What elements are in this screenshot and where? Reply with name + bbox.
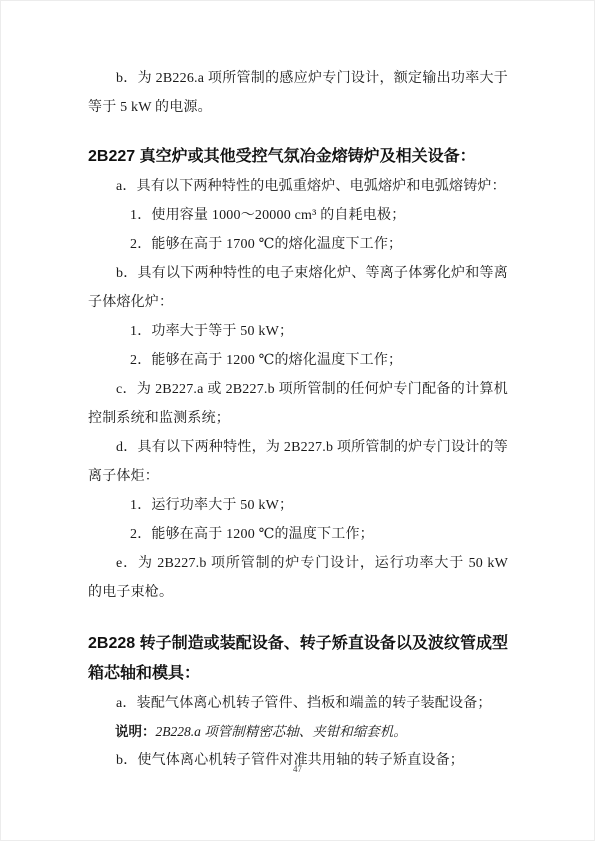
paragraph-2b226-b: b．为 2B226.a 项所管制的感应炉专门设计，额定输出功率大于等于 5 kW… <box>88 64 508 122</box>
paragraph-2b227-d-2: 2．能够在高于 1200 ℃的温度下工作； <box>88 520 508 549</box>
paragraph-2b227-b-1: 1．功率大于等于 50 kW； <box>88 317 508 346</box>
paragraph-2b228-a: a．装配气体离心机转子管件、挡板和端盖的转子装配设备； <box>88 689 508 718</box>
paragraph-2b227-e: e．为 2B227.b 项所管制的炉专门设计，运行功率大于 50 kW 的电子束… <box>88 549 508 607</box>
section-heading-2b228: 2B228 转子制造或装配设备、转子矫直设备以及波纹管成型箱芯轴和模具： <box>88 629 508 689</box>
page-number: 47 <box>0 764 595 774</box>
paragraph-2b227-a-2: 2．能够在高于 1700 ℃的熔化温度下工作； <box>88 230 508 259</box>
paragraph-2b227-a: a．具有以下两种特性的电弧重熔炉、电弧熔炉和电弧熔铸炉： <box>88 172 508 201</box>
paragraph-2b227-c: c．为 2B227.a 或 2B227.b 项所管制的任何炉专门配备的计算机控制… <box>88 375 508 433</box>
paragraph-2b228-a-note: 说明：2B228.a 项管制精密芯轴、夹钳和缩套机。 <box>88 718 508 746</box>
paragraph-2b227-a-1: 1．使用容量 1000～20000 cm³ 的自耗电极； <box>88 201 508 230</box>
paragraph-2b227-b-2: 2．能够在高于 1200 ℃的熔化温度下工作； <box>88 346 508 375</box>
note-text: 2B228.a 项管制精密芯轴、夹钳和缩套机。 <box>156 724 407 739</box>
paragraph-2b227-b: b．具有以下两种特性的电子束熔化炉、等离子体雾化炉和等离子体熔化炉： <box>88 259 508 317</box>
section-heading-2b227: 2B227 真空炉或其他受控气氛冶金熔铸炉及相关设备： <box>88 142 508 172</box>
paragraph-2b227-d-1: 1．运行功率大于 50 kW； <box>88 491 508 520</box>
paragraph-2b227-d: d．具有以下两种特性，为 2B227.b 项所管制的炉专门设计的等离子体炬： <box>88 433 508 491</box>
document-page: b．为 2B226.a 项所管制的感应炉专门设计，额定输出功率大于等于 5 kW… <box>0 0 595 841</box>
note-label: 说明： <box>115 724 156 739</box>
